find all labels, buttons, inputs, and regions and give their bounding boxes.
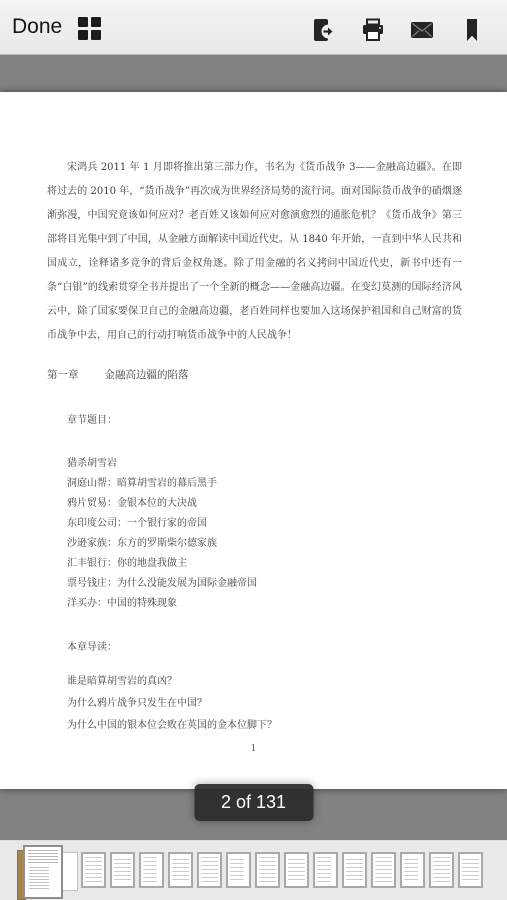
- chapter-title: 金融高边疆的陷落: [105, 369, 189, 381]
- thumbnail-row: [81, 852, 483, 888]
- guide-list-item: 谁是暗算胡雪岩的真凶？: [47, 671, 462, 693]
- page-thumbnail[interactable]: [81, 852, 106, 888]
- intro-paragraph: 宋鸿兵 2011 年 1 月即将推出第三部力作，书名为《货币战争 3——金融高边…: [47, 156, 462, 348]
- guide-heading: 本章导读：: [47, 640, 462, 655]
- document-viewer: Done: [0, 0, 507, 900]
- page-thumbnail[interactable]: [429, 852, 454, 888]
- section-list-item: 票号钱庄：为什么没能发展为国际金融帝国: [47, 574, 462, 594]
- page-number: 1: [0, 744, 507, 754]
- thumbnail-strip[interactable]: [0, 840, 507, 900]
- thumbnail-text-block: [172, 859, 189, 883]
- thumbnail-text-block: [143, 857, 157, 883]
- section-list: 猎杀胡雪岩洞庭山帮：暗算胡雪岩的幕后黑手鸦片贸易：金银本位的大决战东印度公司：一…: [47, 454, 462, 614]
- page-thumbnail[interactable]: [371, 852, 396, 888]
- chapter-heading: 第一章金融高边疆的陷落: [47, 368, 462, 383]
- section-list-item: 东印度公司：一个银行家的帝国: [47, 514, 462, 534]
- thumbnail-text-block: [259, 857, 276, 883]
- page-thumbnail[interactable]: [342, 852, 367, 888]
- thumbnail-text-block: [230, 859, 244, 883]
- current-page-thumbnail[interactable]: [23, 845, 63, 899]
- document-content: 宋鸿兵 2011 年 1 月即将推出第三部力作，书名为《货币战争 3——金融高边…: [0, 92, 507, 789]
- thumbnail-text-block: [85, 857, 102, 883]
- guide-list-item: 为什么鸦片战争只发生在中国？: [47, 693, 462, 715]
- page-thumbnail[interactable]: [313, 852, 338, 888]
- thumbnail-text-block: [375, 857, 392, 883]
- thumbnail-text-block: [433, 857, 450, 883]
- page-thumbnail[interactable]: [197, 852, 222, 888]
- section-list-heading: 章节题目：: [47, 413, 462, 428]
- page-thumbnail[interactable]: [139, 852, 164, 888]
- export-icon[interactable]: [309, 16, 337, 44]
- thumbnail-text-block: [29, 867, 49, 891]
- page-thumbnail[interactable]: [62, 852, 78, 891]
- guide-list-item: 为什么中国的银本位会败在英国的金本位脚下？: [47, 715, 462, 737]
- page-thumbnail[interactable]: [400, 852, 425, 888]
- thumbnail-text-block: [288, 859, 305, 883]
- section-list-item: 鸦片贸易：金银本位的大决战: [47, 494, 462, 514]
- section-list-item: 沙逊家族：东方的罗斯柴尔德家族: [47, 534, 462, 554]
- thumbnail-text-block: [201, 857, 218, 883]
- thumbnail-text-block: [317, 857, 331, 883]
- document-page[interactable]: 宋鸿兵 2011 年 1 月即将推出第三部力作，书名为《货币战争 3——金融高边…: [0, 92, 507, 789]
- thumbnail-grid-icon[interactable]: [78, 17, 101, 40]
- page-thumbnail[interactable]: [255, 852, 280, 888]
- page-indicator-badge: 2 of 131: [194, 784, 313, 821]
- thumbnail-text-block: [346, 859, 363, 883]
- page-thumbnail[interactable]: [458, 852, 483, 888]
- page-thumbnail[interactable]: [284, 852, 309, 888]
- mail-icon[interactable]: [408, 16, 436, 44]
- print-icon[interactable]: [359, 16, 387, 44]
- done-button[interactable]: Done: [12, 0, 62, 54]
- section-list-item: 汇丰银行：你的地盘我做主: [47, 554, 462, 574]
- toolbar: Done: [0, 0, 507, 55]
- page-thumbnail[interactable]: [168, 852, 193, 888]
- page-thumbnail[interactable]: [226, 852, 251, 888]
- section-list-item: 洋买办：中国的特殊现象: [47, 594, 462, 614]
- thumbnail-text-block: [28, 850, 58, 863]
- section-list-item: 洞庭山帮：暗算胡雪岩的幕后黑手: [47, 474, 462, 494]
- page-thumbnail[interactable]: [110, 852, 135, 888]
- section-list-item: 猎杀胡雪岩: [47, 454, 462, 474]
- thumbnail-text-block: [462, 859, 479, 883]
- thumbnail-text-block: [404, 859, 418, 883]
- thumbnail-text-block: [114, 859, 131, 883]
- bookmark-icon[interactable]: [458, 16, 486, 44]
- chapter-label: 第一章: [47, 369, 79, 381]
- guide-list: 谁是暗算胡雪岩的真凶？为什么鸦片战争只发生在中国？为什么中国的银本位会败在英国的…: [47, 671, 462, 737]
